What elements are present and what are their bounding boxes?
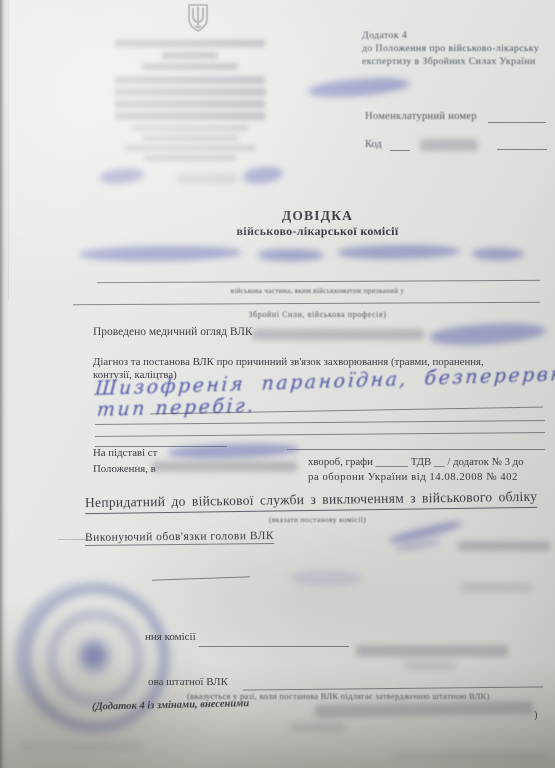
unit-blank-line xyxy=(97,280,540,283)
signature-blank-line xyxy=(152,576,250,580)
unit-caption: військова частина, яким військкоматом пр… xyxy=(90,287,545,295)
nomenclature-label: Номенклатурний номер xyxy=(365,111,477,122)
code-blank-line xyxy=(390,150,410,151)
stamp-smudge xyxy=(290,570,362,586)
basis-left-line1: На підставі ст xyxy=(93,447,157,459)
commission-blank-line xyxy=(199,646,349,647)
handwritten-name-redacted xyxy=(80,245,242,263)
text-redacted xyxy=(460,583,532,592)
commission-name-redacted xyxy=(356,645,508,657)
code-blank-line xyxy=(497,149,547,150)
bottom-text-redacted xyxy=(393,753,548,760)
commission-name-redacted xyxy=(404,661,456,670)
staff-vlk-label: ова штатної ВЛК xyxy=(148,676,228,688)
letterhead-redacted-line xyxy=(144,155,236,161)
basis-right-line2: ра оборони України від 14.08.2008 № 402 xyxy=(308,471,518,483)
letterhead-redacted-line xyxy=(115,100,265,108)
date-text-redacted xyxy=(177,174,237,183)
handwritten-name-redacted xyxy=(338,244,460,260)
handwritten-name-redacted xyxy=(472,248,524,260)
basis-left-line2: Положення, в xyxy=(93,463,156,475)
signee-name-redacted xyxy=(458,541,550,551)
letterhead-redacted-line xyxy=(162,52,218,59)
profession-caption: Збройні Сили, військова професія) xyxy=(90,310,545,319)
ruled-line xyxy=(95,420,545,425)
stamp-center xyxy=(80,641,108,671)
ruled-line xyxy=(95,432,545,437)
diagnosis-handwriting-line2: тип перебіг. xyxy=(96,395,256,421)
staff-blank-line xyxy=(243,686,543,690)
footnote-date-redacted xyxy=(290,723,345,732)
code-label: Код xyxy=(365,139,382,150)
conclusion-text: Непридатний до військової служби з виклю… xyxy=(85,489,538,514)
handwritten-name-redacted xyxy=(258,249,324,261)
nomenclature-blank-line xyxy=(488,122,546,123)
appendix-line-2: до Положення про військово-лікарську xyxy=(362,43,539,54)
appendix-line-1: Додаток 4 xyxy=(362,30,407,41)
conclusion-caption: (вказати постанову комісії) xyxy=(90,515,545,524)
profession-blank-line xyxy=(73,302,540,305)
bottom-text-redacted xyxy=(20,742,142,751)
letterhead-redacted-line xyxy=(142,135,238,141)
exam-label: Проведено медичний огляд ВЛК xyxy=(93,326,253,338)
diagnosis-label-line1: Діагноз та постанова ВЛК про причинний з… xyxy=(93,356,484,368)
exam-value-redacted xyxy=(252,329,424,340)
handwritten-number xyxy=(242,164,284,185)
basis-text-redacted xyxy=(152,461,297,472)
letterhead-redacted-line xyxy=(142,63,238,70)
basis-right-line1: хвороб, графи ______ ТДВ __ / додаток № … xyxy=(308,456,524,468)
footnote-close: ) xyxy=(534,710,538,721)
doc-subtitle: військово-лікарської комісії xyxy=(90,224,545,239)
appendix-line-3: експертизу в Збройних Силах України xyxy=(362,56,536,67)
doc-title: ДОВІДКА xyxy=(90,208,545,224)
commission-label: ння комісії xyxy=(145,631,196,643)
code-value-redacted xyxy=(420,139,478,151)
footnote-redacted xyxy=(315,701,533,718)
document-photo: Додаток 4 до Положення про військово-лік… xyxy=(0,0,555,768)
letterhead-redacted-line xyxy=(114,88,266,96)
acting-head-label: Виконуючий обов'язки голови ВЛК xyxy=(85,530,274,546)
handwritten-scribble xyxy=(307,75,410,101)
letterhead-redacted-line xyxy=(131,125,249,131)
letterhead-redacted-line xyxy=(115,76,265,84)
letterhead-redacted-line xyxy=(115,40,265,47)
tryzub-emblem-icon xyxy=(186,3,210,33)
paper-crease xyxy=(8,0,9,300)
letterhead-redacted-line xyxy=(124,145,256,151)
ruled-line xyxy=(287,449,545,450)
exam-handwriting xyxy=(429,320,546,348)
footnote-text: (Додаток 4 із змінами, внесеними xyxy=(92,698,249,713)
basis-handwriting xyxy=(168,442,300,461)
letterhead-redacted-line xyxy=(115,112,265,120)
handwritten-number xyxy=(99,167,144,186)
